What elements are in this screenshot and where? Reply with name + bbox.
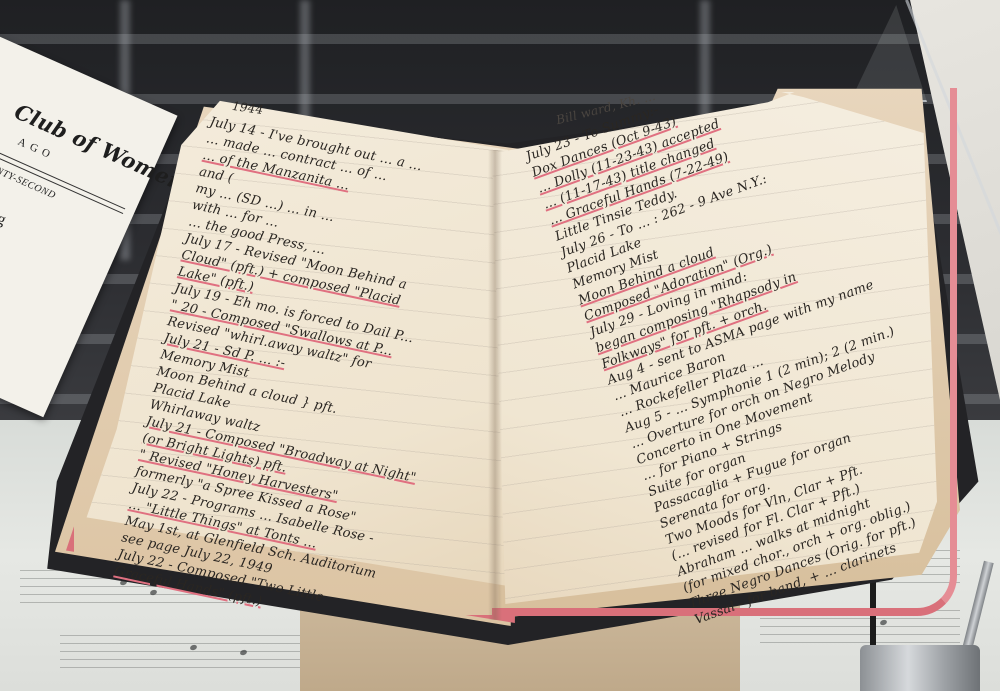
- music-staff: [60, 635, 310, 669]
- notebook-gutter: [488, 150, 502, 620]
- card-subtitle: AGO: [16, 136, 56, 163]
- photo-scene: Club of Women AGO ENTY-SECOND uilding 19…: [0, 0, 1000, 691]
- card-building-line: uilding: [0, 195, 9, 230]
- metal-stand-base: [860, 645, 980, 691]
